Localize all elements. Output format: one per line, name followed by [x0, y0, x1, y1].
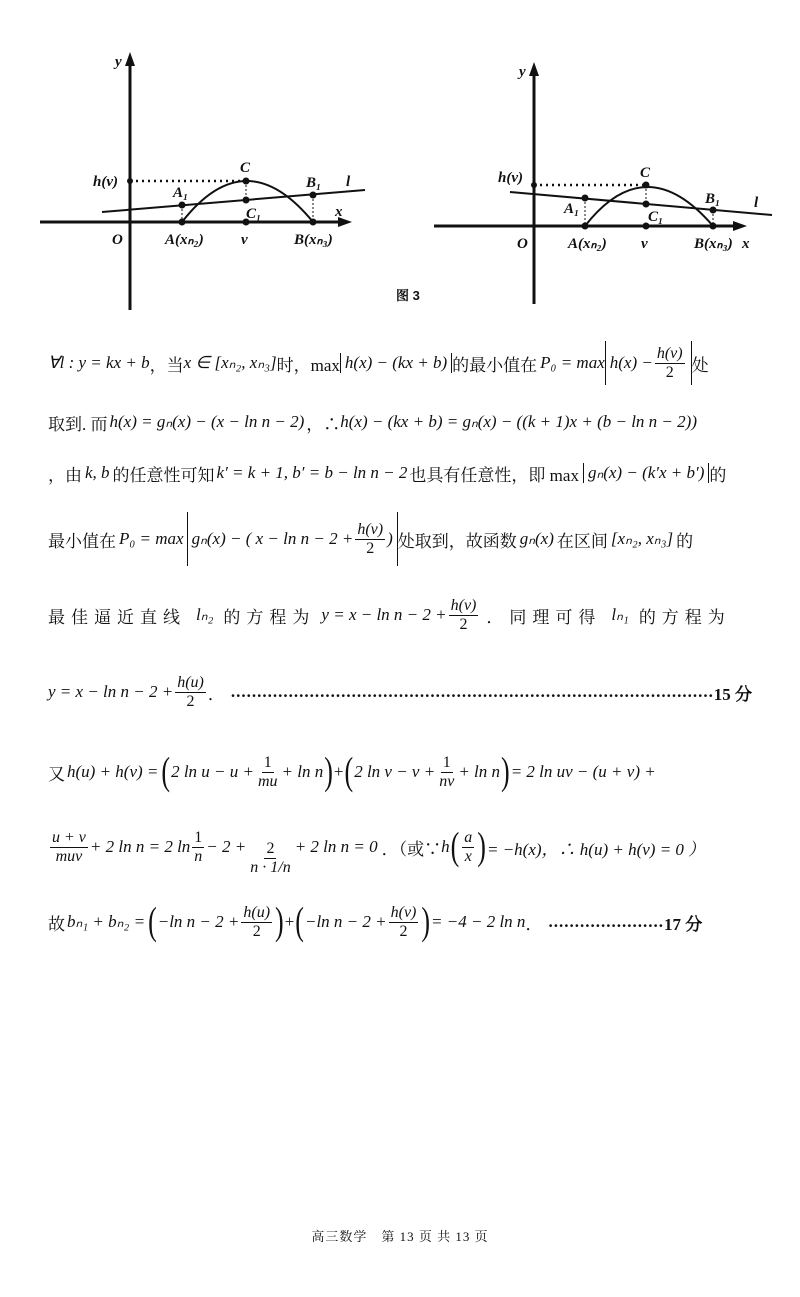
denominator: 2: [251, 923, 263, 941]
plus: +: [334, 762, 344, 782]
math: h: [441, 837, 450, 857]
text-line-9: 故 bₙ₁ + bₙ₂ = ( −ln n − 2 + h(u)2 ) + ( …: [48, 895, 752, 949]
denominator: n: [192, 848, 204, 866]
label-hv: h(v): [93, 174, 118, 190]
text-line-8: u + vmuv + 2 ln n = 2 ln 1n − 2 + 2n · 1…: [48, 812, 752, 882]
math: h(x) − (kx + b): [345, 353, 447, 373]
math: = −h(x)，∴ h(u) + h(v) = 0 ）: [487, 835, 705, 860]
fraction: h(v)2: [655, 345, 685, 381]
paren-close: ): [324, 750, 333, 795]
fraction: u + vmuv: [50, 829, 88, 865]
math: + ln n: [458, 762, 500, 782]
numerator: 1: [441, 754, 453, 773]
paren-open: (: [148, 900, 157, 945]
math: y = x − ln n − 2 +: [321, 605, 446, 625]
label-y: y: [113, 54, 122, 70]
abs-expression: h(x) − h(v)2: [605, 341, 692, 385]
denominator: x: [463, 848, 474, 866]
denominator: 2: [364, 540, 376, 558]
text: ，由: [48, 461, 82, 486]
graph-left-svg: y x O h(v) C A₁ C₁ B₁ l A(xₙ₂) v B(xₙ₃): [30, 40, 380, 320]
label-B1: B₁: [305, 175, 321, 191]
leader-dots: ......................: [548, 912, 664, 932]
math: h(x) − (kx + b) = gₙ(x) − ((k + 1)x + (b…: [340, 412, 697, 432]
plus: +: [285, 912, 295, 932]
label-v: v: [241, 232, 248, 248]
label-y: y: [517, 64, 526, 80]
text: 时，max: [277, 351, 340, 376]
label-C1: C₁: [246, 206, 261, 222]
graph-right-svg: y x O h(v) C A₁ C₁ B₁ l A(xₙ₂) v B(xₙ₃): [420, 40, 780, 320]
text: 的最小值在: [452, 351, 537, 376]
text: 在区间: [557, 527, 608, 552]
text: 又: [48, 760, 65, 785]
text: 也具有任意性，即 max: [409, 461, 579, 486]
text-line-4: 最小值在 P₀ = max gₙ(x) − ( x − ln n − 2 + h…: [48, 510, 752, 568]
label-B: B(xₙ₃): [293, 232, 333, 248]
text: 的: [676, 527, 693, 552]
paren-close: ): [275, 900, 284, 945]
label-l: l: [346, 174, 351, 190]
paren-open: (: [161, 750, 170, 795]
text: ．: [525, 910, 542, 935]
numerator: u + v: [50, 829, 88, 848]
paren-close: ): [421, 900, 430, 945]
denominator: nv: [437, 773, 456, 791]
numerator: h(u): [241, 904, 272, 923]
math: lₙ₂: [196, 605, 213, 625]
text-line-2: 取到. 而 h(x) = gₙ(x) − (x − ln n − 2) ，∴ h…: [48, 405, 752, 439]
page-footer: 高三数学 第 13 页 共 13 页: [0, 1226, 800, 1245]
math: ): [387, 529, 393, 549]
text-line-6: y = x − ln n − 2 + h(u)2 ． .............…: [48, 668, 752, 716]
fraction: h(u)2: [241, 904, 272, 940]
label-A: A(xₙ₂): [567, 236, 607, 252]
text: 的方程为: [639, 603, 731, 628]
label-C: C: [640, 165, 651, 181]
paren-close: ): [501, 750, 510, 795]
math: 2 ln u − u +: [171, 762, 254, 782]
paren-open: (: [345, 750, 354, 795]
abs-expression: h(x) − (kx + b): [340, 353, 452, 373]
denominator: 2: [397, 923, 409, 941]
math-line-def: ∀l : y = kx + b: [48, 353, 150, 373]
label-l: l: [754, 195, 759, 211]
text: 取到. 而: [48, 410, 108, 435]
text: ，当: [150, 351, 184, 376]
math-interval: [xₙ₂, xₙ₃]: [611, 529, 673, 549]
numerator: h(u): [175, 674, 206, 693]
text-line-3: ，由 k, b 的任意性可知 k′ = k + 1, b′ = b − ln n…: [48, 453, 752, 493]
label-B: B(xₙ₃): [693, 236, 733, 252]
numerator: a: [462, 829, 474, 848]
label-C: C: [240, 160, 251, 176]
text: ，∴: [306, 410, 340, 435]
abs-expression: gₙ(x) − ( x − ln n − 2 + h(v)2 ): [187, 512, 398, 566]
math: + 2 ln n = 2 ln: [90, 837, 190, 857]
text-line-5: 最佳逼近直线 lₙ₂ 的方程为 y = x − ln n − 2 + h(v)2…: [48, 590, 752, 640]
math: − 2 +: [206, 837, 246, 857]
fraction: 1n: [192, 829, 204, 865]
abs-expression: gₙ(x) − (k′x + b′): [583, 463, 709, 483]
paren-open: (: [295, 900, 304, 945]
math: 2 ln v − v +: [354, 762, 435, 782]
denominator: n · 1/n: [248, 859, 292, 877]
label-hv: h(v): [498, 170, 523, 186]
text: 的任意性可知: [113, 461, 215, 486]
math: −ln n − 2 +: [158, 912, 240, 932]
math: h(x) = gₙ(x) − (x − ln n − 2): [110, 412, 305, 432]
text: 处: [692, 351, 709, 376]
label-x: x: [741, 236, 750, 252]
numerator: 2: [264, 840, 276, 859]
denominator: mu: [256, 773, 280, 791]
fraction: h(u)2: [175, 674, 206, 710]
label-v: v: [641, 236, 648, 252]
math: k′ = k + 1, b′ = b − ln n − 2: [217, 463, 408, 483]
fraction: h(v)2: [449, 597, 479, 633]
text: ．（或∵: [382, 835, 442, 860]
text: 处取到，故函数: [398, 527, 517, 552]
label-B1: B₁: [704, 191, 720, 207]
math: gₙ(x) − ( x − ln n − 2 +: [192, 529, 354, 549]
score-17: 17 分: [664, 910, 702, 935]
label-A1: A₁: [563, 201, 579, 217]
leader-dots: ........................................…: [231, 682, 714, 702]
paren-open: (: [451, 825, 460, 870]
numerator: h(v): [389, 904, 419, 923]
text: ．: [208, 680, 225, 705]
numerator: h(v): [449, 597, 479, 616]
math-P0: P₀ = max: [119, 529, 184, 549]
denominator: 2: [458, 616, 470, 634]
denominator: 2: [185, 693, 197, 711]
numerator: 1: [192, 829, 204, 848]
label-C1: C₁: [648, 209, 663, 225]
label-origin: O: [517, 236, 528, 252]
math: h(u) + h(v) =: [67, 762, 158, 782]
math: −ln n − 2 +: [305, 912, 387, 932]
text: 最佳逼近直线: [48, 603, 186, 628]
figure-caption: 图 3: [396, 285, 420, 304]
label-A1: A₁: [172, 185, 188, 201]
figure-left-graph: y x O h(v) C A₁ C₁ B₁ l A(xₙ₂) v B(xₙ₃): [30, 40, 380, 320]
numerator: h(v): [655, 345, 685, 364]
math: + ln n: [282, 762, 324, 782]
text: 最小值在: [48, 527, 116, 552]
paren-close: ): [477, 825, 486, 870]
fraction: 2n · 1/n: [248, 840, 292, 876]
label-A: A(xₙ₂): [164, 232, 204, 248]
text: 的方程为: [223, 603, 315, 628]
math: y = x − ln n − 2 +: [48, 682, 173, 702]
fraction: h(v)2: [355, 521, 385, 557]
math: = 2 ln uv − (u + v) +: [511, 762, 656, 782]
text: ．同理可得: [486, 603, 601, 628]
figure-right-graph: y x O h(v) C A₁ C₁ B₁ l A(xₙ₂) v B(xₙ₃): [420, 40, 780, 320]
text-line-1: ∀l : y = kx + b ，当 x ∈ [xₙ₂, xₙ₃] 时，max …: [48, 338, 752, 388]
fraction: 1mu: [256, 754, 280, 790]
math: + 2 ln n = 0: [295, 837, 378, 857]
math: lₙ₁: [611, 605, 628, 625]
score-15: 15 分: [714, 680, 752, 705]
math: bₙ₁ + bₙ₂ =: [67, 912, 145, 932]
math: h(x) −: [610, 353, 653, 373]
math: gₙ(x) − (k′x + b′): [588, 463, 704, 483]
fraction: ax: [462, 829, 474, 865]
fraction: 1nv: [437, 754, 456, 790]
label-origin: O: [112, 232, 123, 248]
label-x: x: [334, 204, 343, 220]
denominator: 2: [664, 364, 676, 382]
math: gₙ(x): [520, 529, 554, 549]
fraction: h(v)2: [389, 904, 419, 940]
text-line-7: 又 h(u) + h(v) = ( 2 ln u − u + 1mu + ln …: [48, 745, 752, 799]
math-P0: P₀ = max: [540, 353, 605, 373]
numerator: h(v): [355, 521, 385, 540]
math: k, b: [85, 463, 110, 483]
math: = −4 − 2 ln n: [431, 912, 525, 932]
text: 的: [709, 461, 726, 486]
numerator: 1: [262, 754, 274, 773]
denominator: muv: [54, 848, 85, 866]
text: 故: [48, 910, 65, 935]
math-interval: x ∈ [xₙ₂, xₙ₃]: [184, 353, 277, 373]
